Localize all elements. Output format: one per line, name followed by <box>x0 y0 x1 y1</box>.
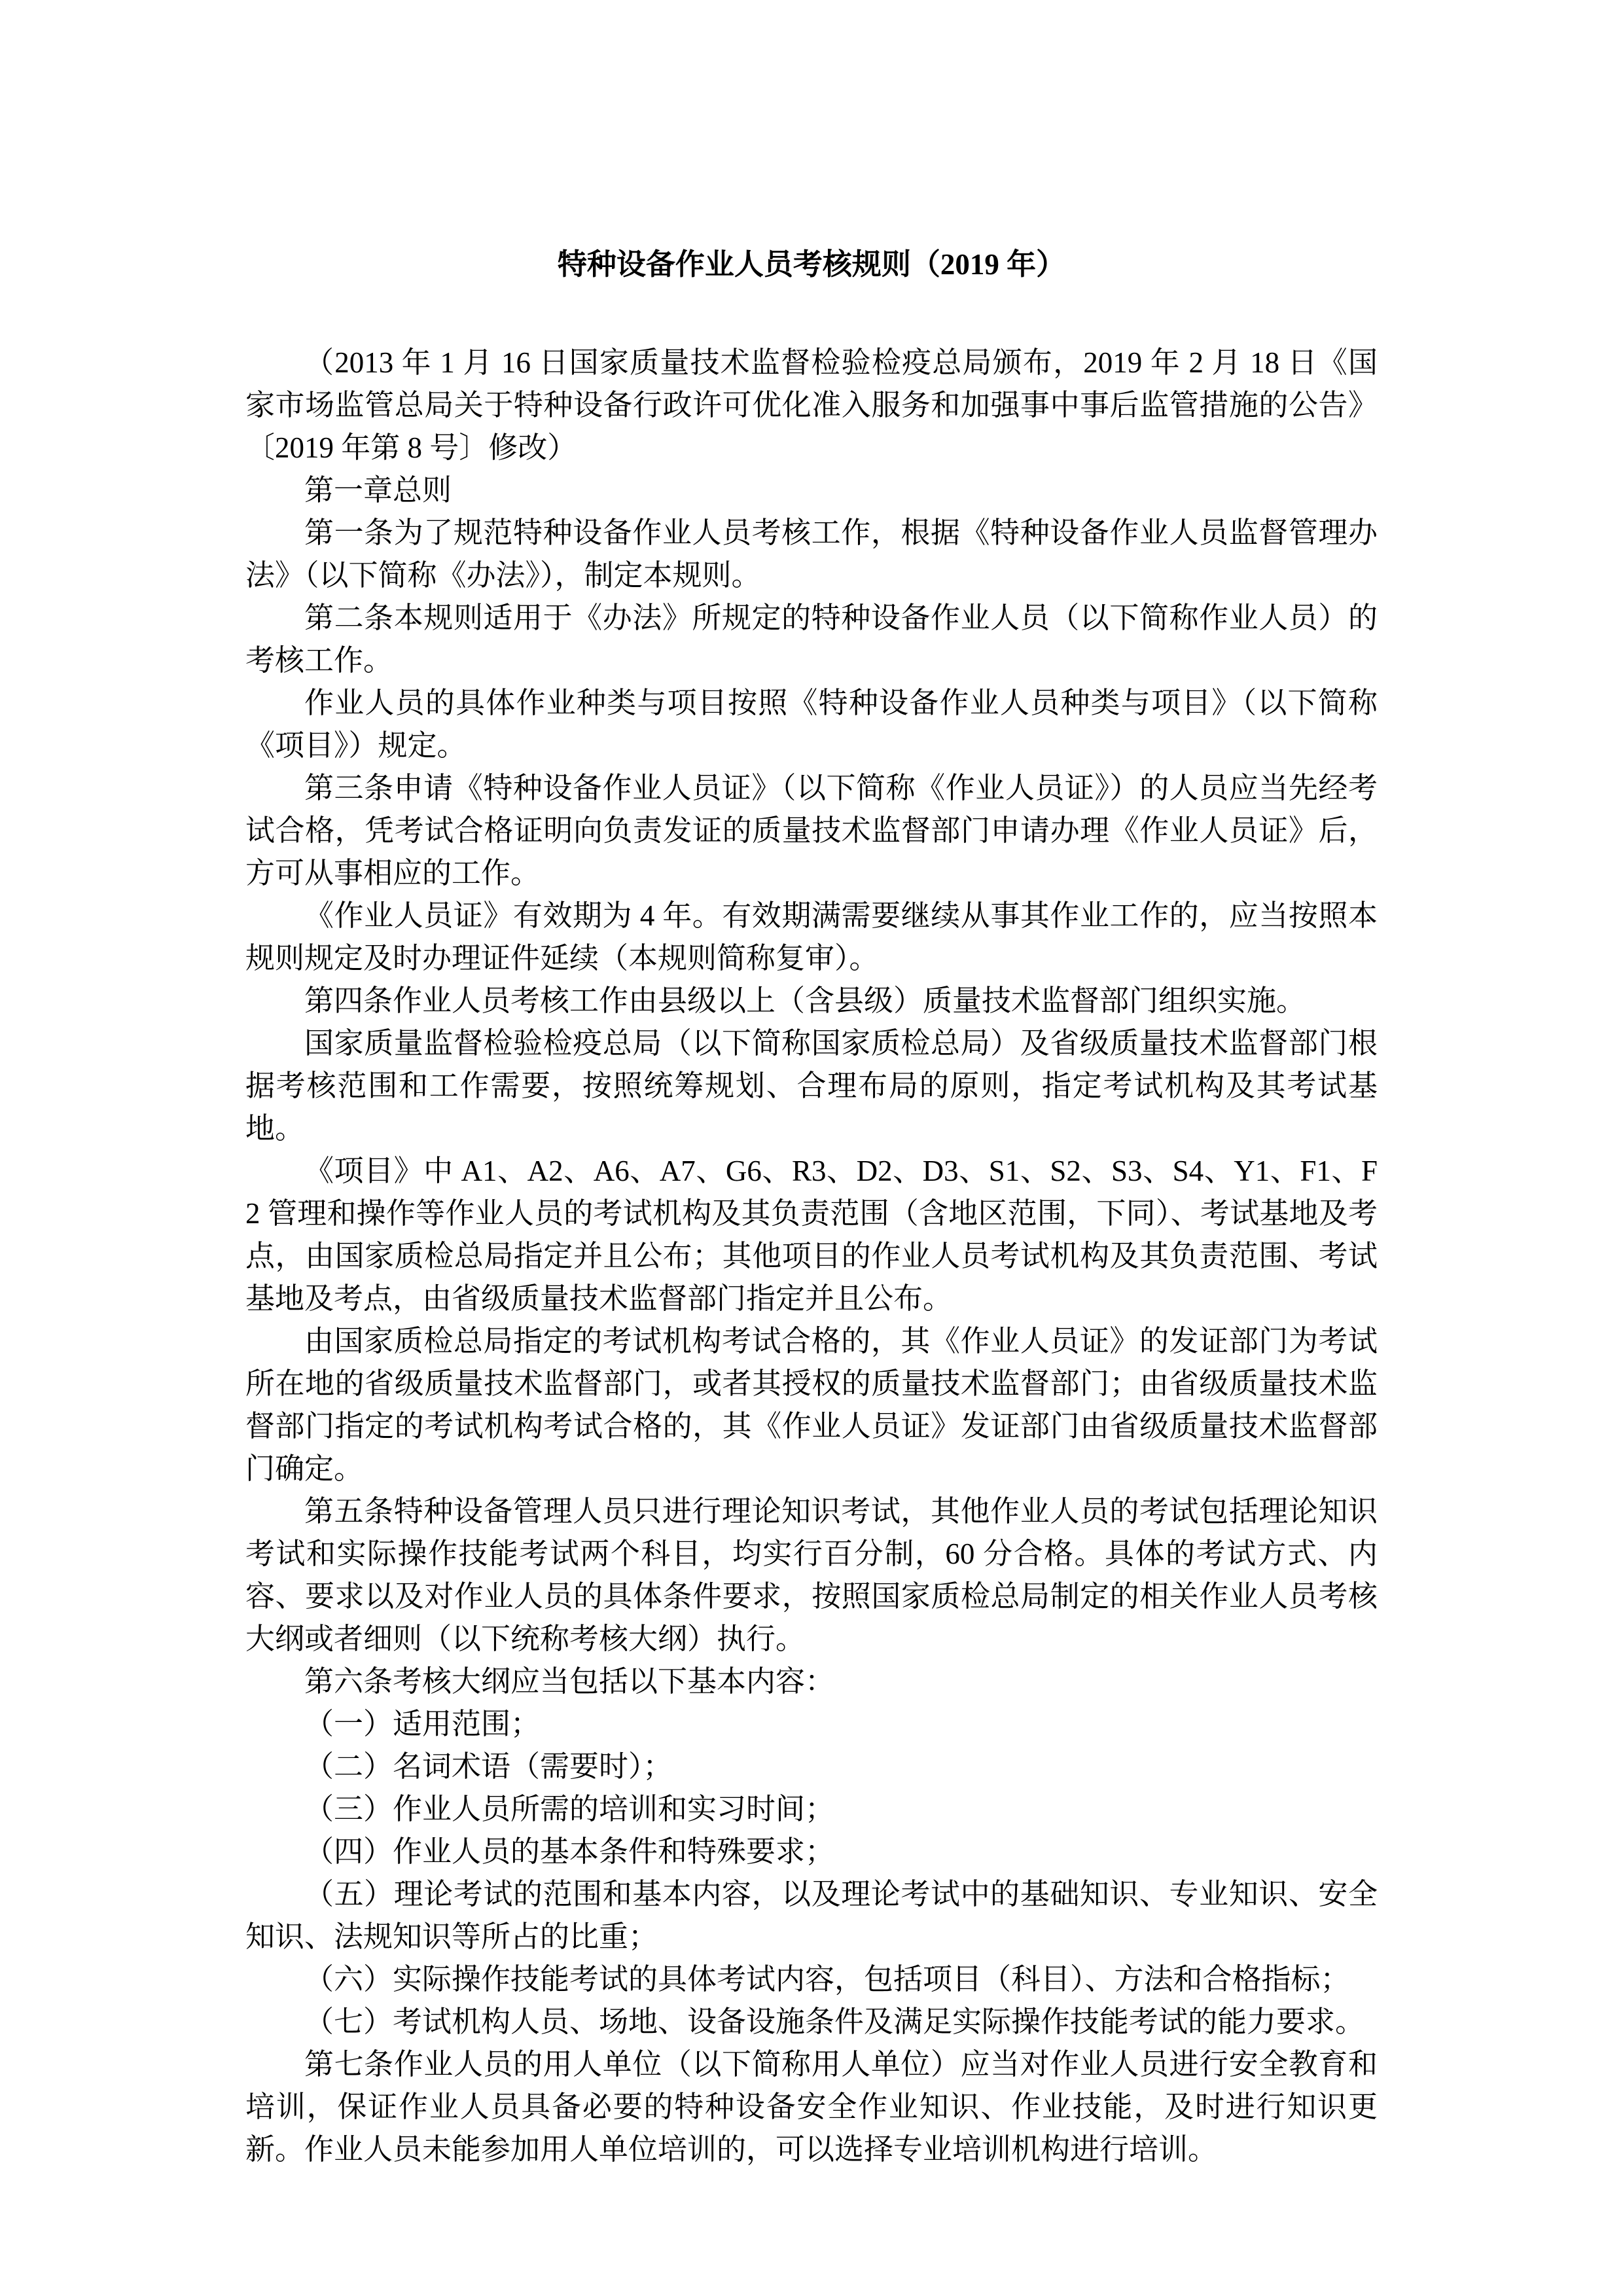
article-6-item-5: （五）理论考试的范围和基本内容，以及理论考试中的基础知识、专业知识、安全知识、法… <box>245 1873 1378 1958</box>
article-6-item-2: （二）名词术语（需要时）； <box>245 1746 1378 1788</box>
article-3: 第三条申请《特种设备作业人员证》（以下简称《作业人员证》）的人员应当先经考试合格… <box>245 767 1378 895</box>
article-6: 第六条考核大纲应当包括以下基本内容： <box>245 1660 1378 1703</box>
article-1: 第一条为了规范特种设备作业人员考核工作，根据《特种设备作业人员监督管理办法》（以… <box>245 512 1378 597</box>
article-4: 第四条作业人员考核工作由县级以上（含县级）质量技术监督部门组织实施。 <box>245 980 1378 1022</box>
article-6-item-7: （七）考试机构人员、场地、设备设施条件及满足实际操作技能考试的能力要求。 <box>245 2001 1378 2043</box>
article-6-item-1: （一）适用范围； <box>245 1703 1378 1746</box>
revision-note: （2013 年 1 月 16 日国家质量技术监督检验检疫总局颁布，2019 年 … <box>245 342 1378 469</box>
article-2: 第二条本规则适用于《办法》所规定的特种设备作业人员（以下简称作业人员）的考核工作… <box>245 597 1378 682</box>
article-2-para-2: 作业人员的具体作业种类与项目按照《特种设备作业人员种类与项目》（以下简称《项目》… <box>245 682 1378 767</box>
article-4-para-3: 《项目》中 A1、A2、A6、A7、G6、R3、D2、D3、S1、S2、S3、S… <box>245 1150 1378 1320</box>
article-6-item-6: （六）实际操作技能考试的具体考试内容，包括项目（科目）、方法和合格指标； <box>245 1958 1378 2001</box>
document-title: 特种设备作业人员考核规则（2019 年） <box>245 242 1378 287</box>
chapter-1-heading: 第一章总则 <box>245 469 1378 512</box>
article-6-item-3: （三）作业人员所需的培训和实习时间； <box>245 1788 1378 1831</box>
article-4-para-2: 国家质量监督检验检疫总局（以下简称国家质检总局）及省级质量技术监督部门根据考核范… <box>245 1022 1378 1150</box>
document-page: 特种设备作业人员考核规则（2019 年） （2013 年 1 月 16 日国家质… <box>0 0 1623 2296</box>
article-4-para-4: 由国家质检总局指定的考试机构考试合格的，其《作业人员证》的发证部门为考试所在地的… <box>245 1320 1378 1490</box>
article-5: 第五条特种设备管理人员只进行理论知识考试，其他作业人员的考试包括理论知识考试和实… <box>245 1490 1378 1660</box>
article-6-item-4: （四）作业人员的基本条件和特殊要求； <box>245 1831 1378 1873</box>
document-body: （2013 年 1 月 16 日国家质量技术监督检验检疫总局颁布，2019 年 … <box>245 342 1378 2171</box>
article-3-para-2: 《作业人员证》有效期为 4 年。有效期满需要继续从事其作业工作的，应当按照本规则… <box>245 895 1378 980</box>
article-7: 第七条作业人员的用人单位（以下简称用人单位）应当对作业人员进行安全教育和培训，保… <box>245 2043 1378 2171</box>
text-block: 特种设备作业人员考核规则（2019 年） （2013 年 1 月 16 日国家质… <box>245 242 1378 2171</box>
